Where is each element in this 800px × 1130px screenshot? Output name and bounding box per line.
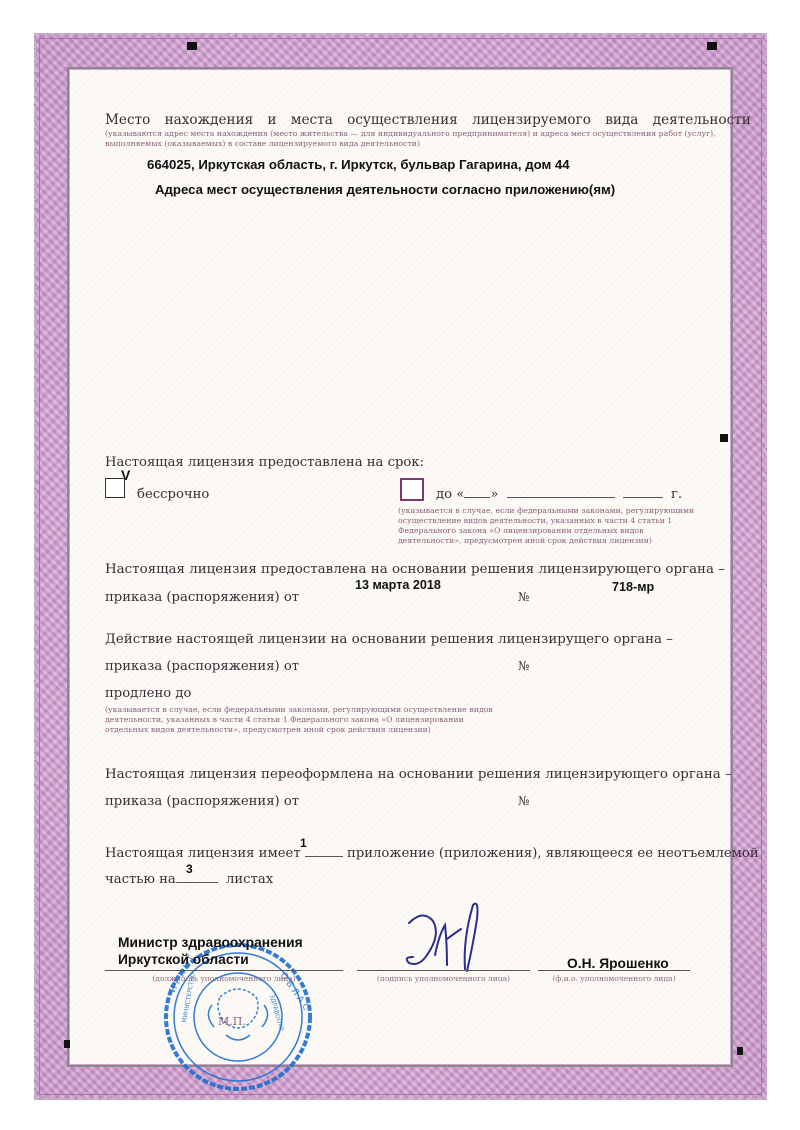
signature-icon [395,895,495,985]
extension-line1: Действие настоящей лицензии на основании… [105,632,673,647]
extended-until-label: продлено до [105,686,191,701]
until-day-field[interactable] [464,497,490,498]
signature-line [357,970,530,971]
signatory-position: Министр здравоохранения Иркутской област… [118,934,303,968]
until-year-field[interactable] [623,497,663,498]
edge-mark [64,1040,70,1048]
address: 664025, Иркутская область, г. Иркутск, б… [147,157,570,172]
extension-number-sign: № [518,659,529,673]
edge-mark [187,42,197,50]
sheets-count: 3 [186,862,193,876]
extension-note: (указывается в случае, если федеральными… [105,705,500,735]
grant-number-sign: № [518,590,529,604]
attachments-count-field [305,844,343,857]
addresses-reference: Адреса мест осуществления деятельности с… [155,182,615,197]
check-mark-icon: V [121,467,130,483]
until-month-field[interactable] [507,497,615,498]
grant-number: 718-мр [612,580,654,594]
signature-caption: (подпись уполномоченного лица) [357,974,530,983]
name-line [538,970,690,971]
attachments-line1: Настоящая лицензия имеет приложение (при… [105,844,759,861]
edge-mark [707,42,717,50]
sheets-field [176,870,218,883]
reissue-line2: приказа (распоряжения) от [105,794,299,809]
reissue-line1: Настоящая лицензия переоформлена на осно… [105,767,732,782]
indefinite-label: бессрочно [137,487,209,502]
term-heading: Настоящая лицензия предоставлена на срок… [105,455,424,470]
position-line [105,970,343,971]
grant-line2: приказа (распоряжения) от [105,590,299,605]
location-note: (указываются адрес места нахождения (мес… [105,129,705,149]
name-caption: (ф.и.о. уполномоченного лица) [538,974,690,983]
attachments-count: 1 [300,836,307,850]
grant-line1: Настоящая лицензия предоставлена на осно… [105,562,725,577]
location-heading: Место нахождения и места осуществления л… [105,112,699,128]
until-note: (указывается в случае, если федеральными… [398,506,701,546]
until-label: до «» г. [436,487,682,502]
position-caption: (должность уполномоченного лица) [105,974,343,983]
stamp-label: М.П. [218,1015,246,1028]
edge-mark [737,1047,743,1055]
reissue-number-sign: № [518,794,529,808]
signatory-name: О.Н. Ярошенко [567,956,669,971]
grant-date: 13 марта 2018 [355,578,441,592]
extension-line2: приказа (распоряжения) от [105,659,299,674]
edge-mark [720,434,728,442]
until-date-checkbox[interactable] [400,478,424,501]
